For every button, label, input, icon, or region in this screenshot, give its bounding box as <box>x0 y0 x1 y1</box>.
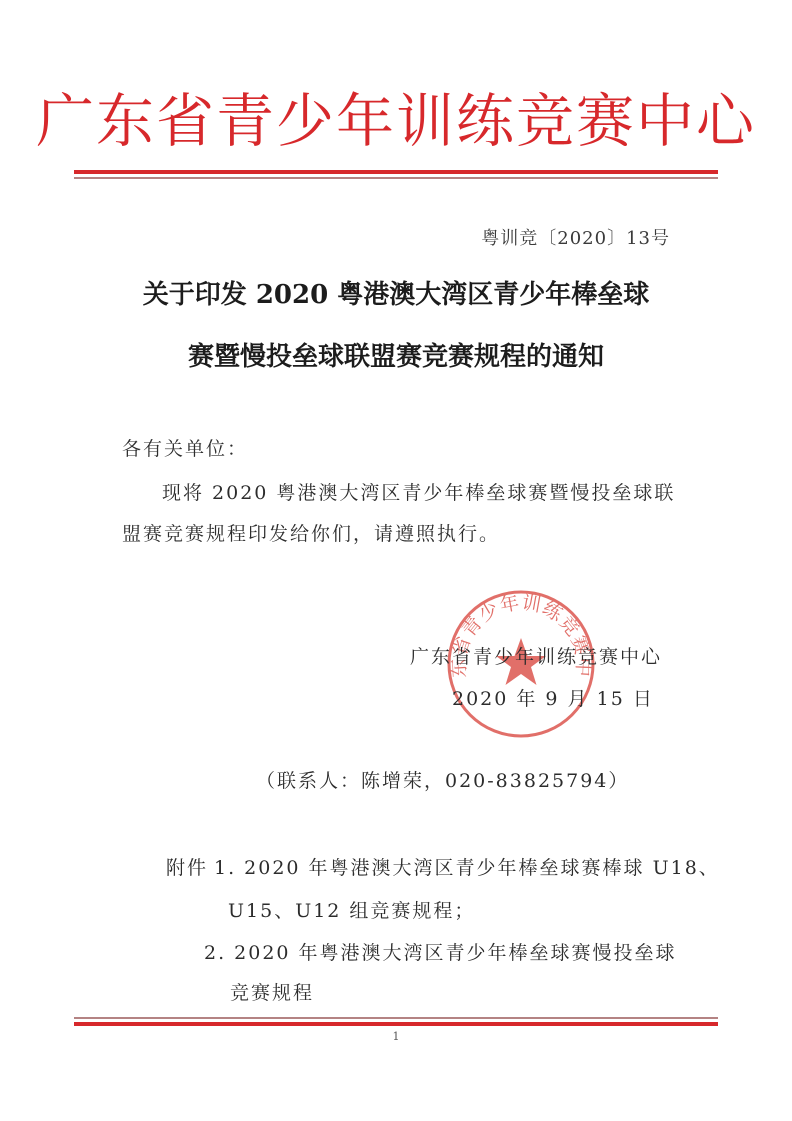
letterhead-rule-thick <box>74 170 718 174</box>
signature-issuer: 广东省青少年训练竞赛中心 <box>410 642 662 669</box>
footer-rule-thin <box>74 1017 718 1019</box>
body-paragraph-line-1: 现将 2020 粤港澳大湾区青少年棒垒球赛暨慢投垒球联 <box>162 478 675 505</box>
document-title-line-2: 赛暨慢投垒球联盟赛竞赛规程的通知 <box>0 336 792 373</box>
document-page: 广东省青少年训练竞赛中心 粤训竞〔2020〕13号 关于印发 2020 粤港澳大… <box>0 0 792 1121</box>
salutation: 各有关单位： <box>122 434 248 461</box>
document-number: 粤训竞〔2020〕13号 <box>481 224 670 250</box>
letterhead-title: 广东省青少年训练竞赛中心 <box>0 86 792 156</box>
attachment-2-line-1: 2. 2020 年粤港澳大湾区青少年棒垒球赛慢投垒球 <box>204 938 677 965</box>
attachments-label: 附件 <box>166 853 208 880</box>
body-paragraph-line-2: 盟赛竞赛规程印发给你们，请遵照执行。 <box>122 519 500 546</box>
attachment-1-line-2: U15、U12 组竞赛规程； <box>228 896 475 923</box>
contact-info: （联系人：陈增荣，020-83825794） <box>256 766 629 793</box>
signature-date: 2020 年 9 月 15 日 <box>452 684 654 711</box>
page-number: 1 <box>0 1030 792 1043</box>
document-title-line-1: 关于印发 2020 粤港澳大湾区青少年棒垒球 <box>0 274 792 311</box>
attachment-1-line-1: 1. 2020 年粤港澳大湾区青少年棒垒球赛棒球 U18、 <box>214 853 720 880</box>
footer-rule-thick <box>74 1022 718 1026</box>
letterhead-rule-thin <box>74 177 718 179</box>
attachment-2-line-2: 竞赛规程 <box>230 978 314 1005</box>
